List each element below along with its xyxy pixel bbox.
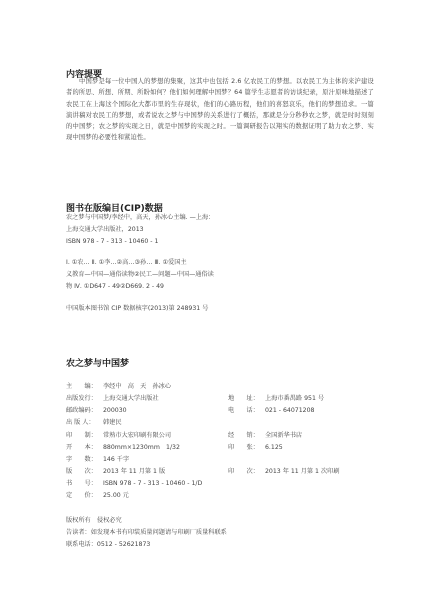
cip-library-note: 中国版本图书馆 CIP 数据核字(2013)第 248931 号 bbox=[66, 305, 208, 313]
field-issuer: 出 版 人：韩建民 bbox=[66, 419, 122, 427]
field-value: 上海市番禺路 951 号 bbox=[265, 395, 324, 402]
cip-classification-line: 物 Ⅳ. ①D647 - 49②D669. 2 - 49 bbox=[66, 283, 164, 291]
cip-line: 上海交通大学出版社，2013 bbox=[66, 226, 144, 234]
cip-line: 农之梦与中国梦/李经中，高天，孙冰心主编. —上海： bbox=[66, 214, 214, 222]
field-format: 开 本：880mm×1230mm 1/32 bbox=[66, 444, 180, 452]
field-value: 常熟市大宏印刷有限公司 bbox=[103, 432, 171, 439]
field-value: ISBN 978 - 7 - 313 - 10460 - 1/D bbox=[103, 480, 202, 487]
field-value: 2013 年 11 月第 1 版 bbox=[103, 468, 165, 475]
summary-paragraph: 中国梦是每一位中国人的梦想的集聚，这其中也包括 2.6 亿农民工的梦想。以农民工… bbox=[66, 76, 374, 144]
cip-heading: 图书在版编目(CIP)数据 bbox=[66, 201, 163, 214]
field-label: 经 销： bbox=[228, 432, 265, 440]
field-value: 2013 年 11 月第 1 次印刷 bbox=[265, 468, 340, 475]
field-printing: 印 次：2013 年 11 月第 1 次印刷 bbox=[228, 468, 340, 476]
field-editor: 主 编：李经中 高 天 孙冰心 bbox=[66, 383, 171, 391]
field-printer: 印 制：常熟市大宏印刷有限公司 bbox=[66, 432, 171, 440]
field-label: 印 次： bbox=[228, 468, 265, 476]
contact-phone: 联系电话：0512 - 52621873 bbox=[66, 541, 150, 549]
book-title: 农之梦与中国梦 bbox=[66, 356, 129, 369]
field-label: 版 次： bbox=[66, 468, 103, 476]
field-postcode: 邮政编码：200030 bbox=[66, 407, 127, 415]
field-label: 电 话： bbox=[228, 407, 265, 415]
field-label: 出 版 人： bbox=[66, 419, 103, 427]
field-label: 书 号： bbox=[66, 480, 103, 488]
field-label: 印 制： bbox=[66, 432, 103, 440]
field-value: 全国新华书店 bbox=[265, 432, 302, 439]
field-value: 021 - 64071208 bbox=[265, 407, 314, 414]
field-label: 邮政编码： bbox=[66, 407, 103, 415]
field-value: 880mm×1230mm 1/32 bbox=[103, 444, 180, 451]
field-telephone: 电 话：021 - 64071208 bbox=[228, 407, 314, 415]
field-distributor: 经 销：全国新华书店 bbox=[228, 432, 302, 440]
field-word-count: 字 数：146 千字 bbox=[66, 456, 129, 464]
field-label: 开 本： bbox=[66, 444, 103, 452]
field-label: 出版发行： bbox=[66, 395, 103, 403]
field-value: 200030 bbox=[103, 407, 127, 414]
field-label: 定 价： bbox=[66, 492, 103, 500]
field-sheets: 印 张：6.125 bbox=[228, 444, 283, 452]
field-edition: 版 次：2013 年 11 月第 1 版 bbox=[66, 468, 165, 476]
rights-notice: 版权所有 侵权必究 bbox=[66, 517, 122, 525]
field-value: 韩建民 bbox=[103, 419, 122, 426]
field-price: 定 价：25.00 元 bbox=[66, 492, 129, 500]
reader-notice: 告读者：如发现本书有印装质量问题请与印刷厂质量科联系 bbox=[66, 529, 227, 537]
field-address: 地 址：上海市番禺路 951 号 bbox=[228, 395, 324, 403]
cip-classification-line: 义教育—中国—通俗读物②民工—问题—中国—通俗读 bbox=[66, 271, 214, 279]
field-value: 25.00 元 bbox=[103, 492, 129, 499]
field-label: 地 址： bbox=[228, 395, 265, 403]
field-value: 146 千字 bbox=[103, 456, 129, 463]
field-label: 印 张： bbox=[228, 444, 265, 452]
copyright-page: 内容提要 中国梦是每一位中国人的梦想的集聚，这其中也包括 2.6 亿农民工的梦想… bbox=[0, 0, 437, 613]
field-value: 6.125 bbox=[265, 444, 283, 451]
field-publisher: 出版发行：上海交通大学出版社 bbox=[66, 395, 159, 403]
field-isbn: 书 号：ISBN 978 - 7 - 313 - 10460 - 1/D bbox=[66, 480, 202, 488]
cip-classification-line: Ⅰ. ①农… Ⅱ. ①李…②高…③孙… Ⅲ. ①爱国主 bbox=[66, 259, 187, 267]
field-value: 上海交通大学出版社 bbox=[103, 395, 159, 402]
field-label: 主 编： bbox=[66, 383, 103, 391]
cip-line: ISBN 978 - 7 - 313 - 10460 - 1 bbox=[66, 238, 158, 246]
field-value: 李经中 高 天 孙冰心 bbox=[103, 383, 171, 390]
field-label: 字 数： bbox=[66, 456, 103, 464]
